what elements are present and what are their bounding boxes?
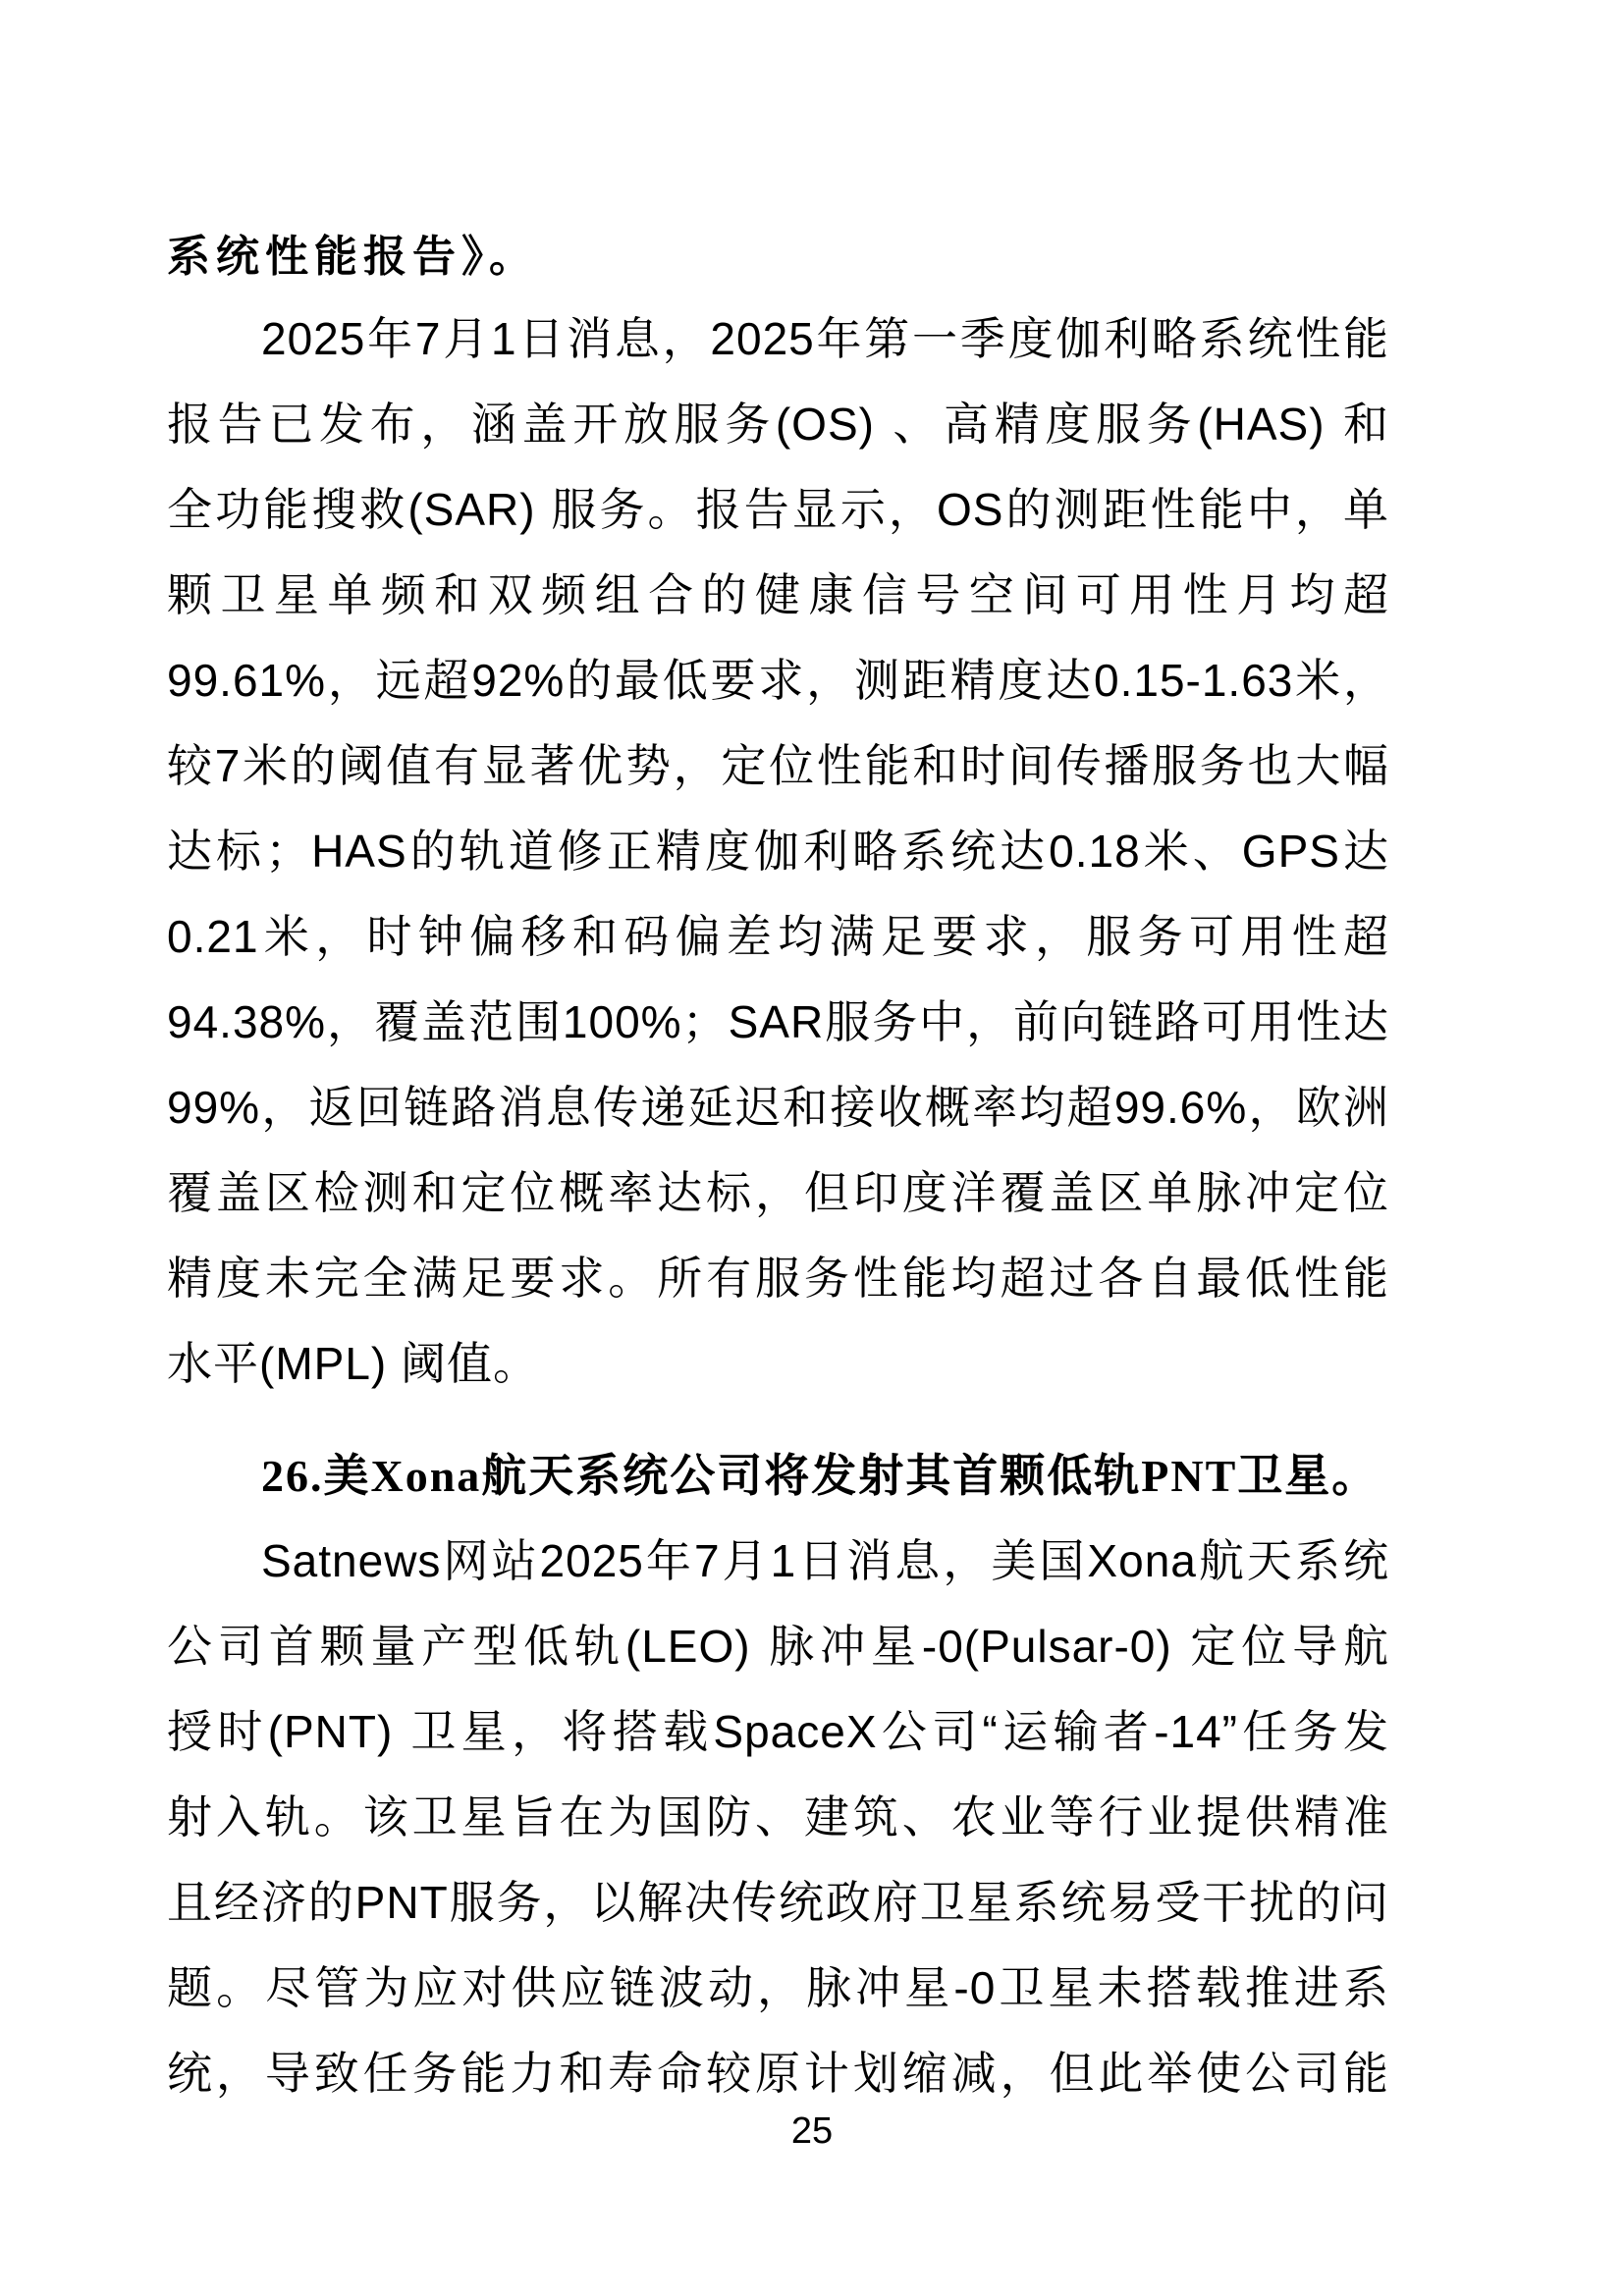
text-line: 99%，返回链路消息传递延迟和接收概率均超99.6%，欧洲 — [167, 1065, 1389, 1150]
section-heading-26: 26.美Xona航天系统公司将发射其首颗低轨PNT卫星。 — [167, 1433, 1389, 1519]
text-line: 精度未完全满足要求。所有服务性能均超过各自最低性能 — [167, 1236, 1389, 1321]
text-line: 2025年7月1日消息，2025年第一季度伽利略系统性能 — [167, 296, 1389, 382]
text-line: 达标；HAS的轨道修正精度伽利略系统达0.18米、GPS达 — [167, 809, 1389, 894]
text-line: 0.21米，时钟偏移和码偏差均满足要求，服务可用性超 — [167, 894, 1389, 980]
text-line: 报告已发布，涵盖开放服务(OS) 、高精度服务(HAS) 和 — [167, 382, 1389, 467]
text-line: 且经济的PNT服务，以解决传统政府卫星系统易受干扰的问 — [167, 1860, 1389, 1946]
page-number: 25 — [0, 2109, 1624, 2154]
text-line: Satnews网站2025年7月1日消息，美国Xona航天系统 — [167, 1519, 1389, 1604]
paragraph-galileo-report: 2025年7月1日消息，2025年第一季度伽利略系统性能 报告已发布，涵盖开放服… — [167, 296, 1389, 1407]
text-line: 全功能搜救(SAR) 服务。报告显示，OS的测距性能中，单 — [167, 467, 1389, 553]
text-line: 较7米的阈值有显著优势，定位性能和时间传播服务也大幅 — [167, 723, 1389, 809]
text-line: 公司首颗量产型低轨(LEO) 脉冲星-0(Pulsar-0) 定位导航 — [167, 1604, 1389, 1689]
text-line: 覆盖区检测和定位概率达标，但印度洋覆盖区单脉冲定位 — [167, 1150, 1389, 1236]
text-line: 题。尽管为应对供应链波动，脉冲星-0卫星未搭载推进系 — [167, 1946, 1389, 2031]
heading-continuation: 系统性能报告》。 — [167, 218, 1389, 296]
text-line: 颗卫星单频和双频组合的健康信号空间可用性月均超 — [167, 553, 1389, 638]
text-line: 99.61%，远超92%的最低要求，测距精度达0.15-1.63米， — [167, 638, 1389, 723]
text-line: 授时(PNT) 卫星，将搭载SpaceX公司“运输者-14”任务发 — [167, 1689, 1389, 1775]
text-line: 水平(MPL) 阈值。 — [167, 1321, 1389, 1407]
text-line: 射入轨。该卫星旨在为国防、建筑、农业等行业提供精准 — [167, 1775, 1389, 1860]
text-line: 统，导致任务能力和寿命较原计划缩减，但此举使公司能 — [167, 2031, 1389, 2116]
paragraph-xona-satellite: Satnews网站2025年7月1日消息，美国Xona航天系统 公司首颗量产型低… — [167, 1519, 1389, 2116]
text-line: 94.38%，覆盖范围100%；SAR服务中，前向链路可用性达 — [167, 980, 1389, 1065]
document-page: 系统性能报告》。 2025年7月1日消息，2025年第一季度伽利略系统性能 报告… — [0, 0, 1624, 2296]
page-content: 系统性能报告》。 2025年7月1日消息，2025年第一季度伽利略系统性能 报告… — [167, 218, 1389, 2116]
